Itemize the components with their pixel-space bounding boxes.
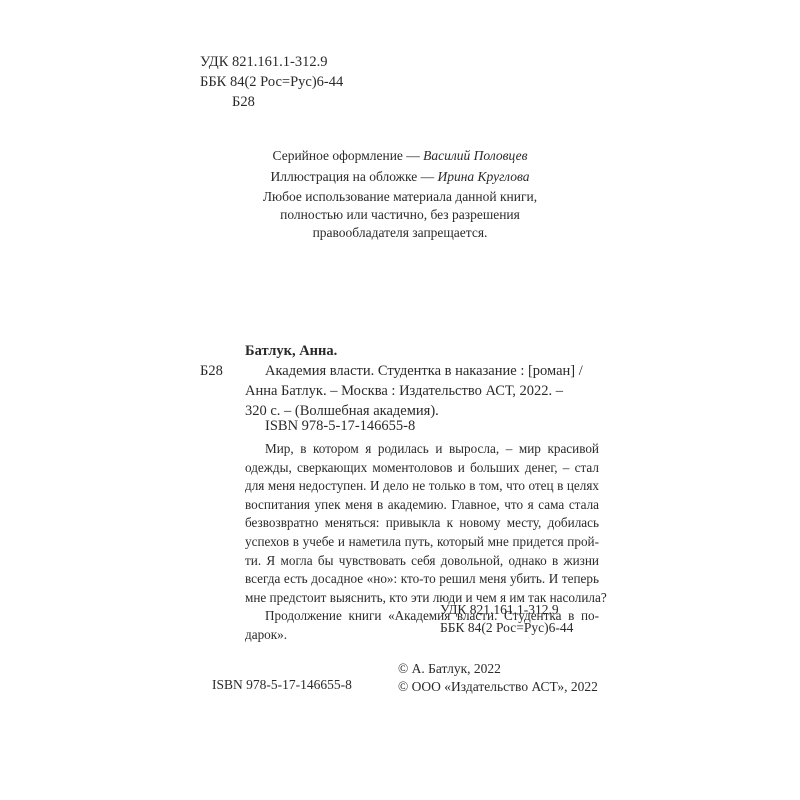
- series-design-credit: Серийное оформление — Василий Половцев: [240, 145, 560, 166]
- annotation-line: воспитания упек меня в академию. Главное…: [245, 496, 599, 515]
- annotation-line: ти. Я могла бы чувствовать себя довольно…: [245, 552, 599, 571]
- bbk-code: ББК 84(2 Рос=Рус)6-44: [440, 619, 573, 637]
- imprint-page: УДК 821.161.1-312.9 ББК 84(2 Рос=Рус)6-4…: [0, 0, 800, 800]
- cover-illustration-name: Ирина Круглова: [437, 169, 529, 184]
- catalog-description: Академия власти. Студентка в наказание :…: [245, 361, 599, 421]
- catalog-description-line: Академия власти. Студентка в наказание :…: [245, 361, 599, 381]
- bottom-classification: УДК 821.161.1-312.9 ББК 84(2 Рос=Рус)6-4…: [440, 601, 573, 637]
- annotation-line: безвозвратно меняться: привыкла к новому…: [245, 514, 599, 533]
- credits-block: Серийное оформление — Василий Половцев И…: [240, 145, 560, 242]
- annotation-line: успехов в учебе и наметила путь, который…: [245, 533, 599, 552]
- catalog-isbn: ISBN 978-5-17-146655-8: [265, 416, 415, 436]
- copyright-author: © А. Батлук, 2022: [398, 660, 598, 678]
- annotation-line: всегда есть досадное «но»: кто-то решил …: [245, 570, 599, 589]
- bbk-code: ББК 84(2 Рос=Рус)6-44: [200, 72, 343, 92]
- catalog-description-line: Анна Батлук. – Москва : Издательство АСТ…: [245, 381, 599, 401]
- footer-isbn: ISBN 978-5-17-146655-8: [212, 676, 352, 694]
- copyright-block: © А. Батлук, 2022 © ООО «Издательство АС…: [398, 660, 598, 696]
- cover-illustration-label: Иллюстрация на обложке —: [271, 169, 438, 184]
- annotation-line: одежды, сверкающих моментоловов и больши…: [245, 459, 599, 478]
- catalog-author-mark: Б28: [200, 361, 223, 381]
- legal-notice-line: Любое использование материала данной кни…: [240, 188, 560, 206]
- cover-illustration-credit: Иллюстрация на обложке — Ирина Круглова: [240, 166, 560, 187]
- annotation-line: Мир, в котором я родилась и выросла, – м…: [245, 440, 599, 459]
- udk-code: УДК 821.161.1-312.9: [200, 52, 343, 72]
- legal-notice-line: полностью или частично, без разрешения: [240, 206, 560, 224]
- annotation-line: для меня недоступен. И дело не только в …: [245, 477, 599, 496]
- legal-notice: Любое использование материала данной кни…: [240, 188, 560, 242]
- author-mark: Б28: [200, 92, 343, 112]
- top-classification: УДК 821.161.1-312.9 ББК 84(2 Рос=Рус)6-4…: [200, 52, 343, 112]
- series-design-label: Серийное оформление —: [273, 148, 424, 163]
- catalog-author: Батлук, Анна.: [245, 341, 337, 361]
- udk-code: УДК 821.161.1-312.9: [440, 601, 573, 619]
- legal-notice-line: правообладателя запрещается.: [240, 224, 560, 242]
- copyright-publisher: © ООО «Издательство АСТ», 2022: [398, 678, 598, 696]
- series-design-name: Василий Половцев: [423, 148, 527, 163]
